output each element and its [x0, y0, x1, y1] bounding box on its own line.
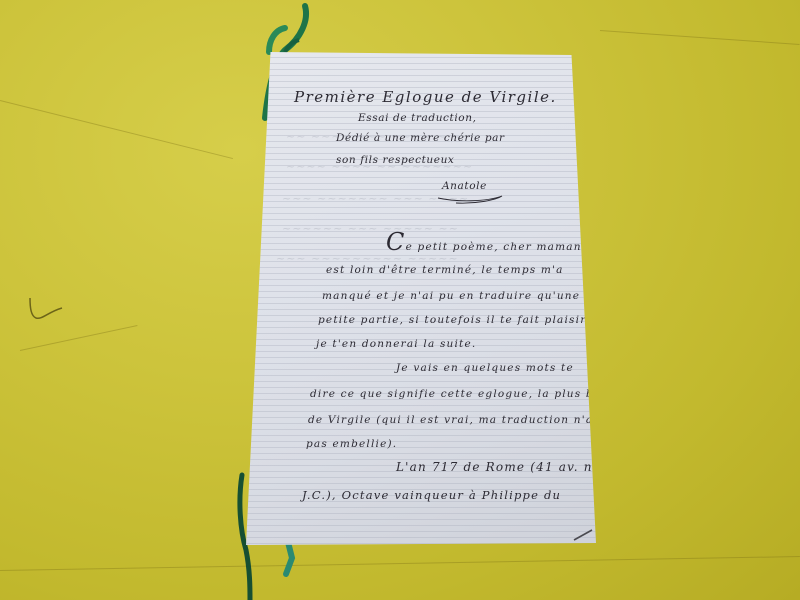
manuscript-title: Première Eglogue de Virgile. [294, 88, 557, 106]
dedication-line-1: Dédié à une mère chérie par [336, 132, 505, 144]
background-crease [600, 30, 800, 45]
background-crease [0, 100, 233, 159]
manuscript-subtitle: Essai de traduction, [358, 112, 477, 124]
paragraph-3-line-1: L'an 717 de Rome (41 av. n. [396, 460, 598, 474]
paragraph-1-line-4: petite partie, si toutefois il te fait p… [318, 314, 586, 326]
signature: Anatole [442, 180, 487, 192]
paragraph-2-line-1: Je vais en quelques mots te [396, 362, 574, 374]
signature-flourish [436, 192, 506, 204]
folded-corner [572, 526, 596, 542]
paragraph-2-line-4: pas embellie). [306, 438, 397, 450]
manuscript-sheet: ~~ ~~~~ ~~~ ~~~~ ~ ~~ ~~~~ ~~~~ ~~ ~~~~~… [246, 52, 596, 545]
drop-cap: C [386, 228, 406, 256]
paragraph-2-line-2: dire ce que signifie cette eglogue, la p… [310, 388, 618, 400]
paragraph-1-line-3: manqué et je n'ai pu en traduire qu'une [322, 290, 580, 302]
background-crease [20, 325, 138, 351]
paragraph-1-line-5: je t'en donnerai la suite. [316, 338, 476, 350]
stray-thread [26, 296, 66, 326]
paragraph-2-line-3: de Virgile (qui il est vrai, ma traducti… [308, 414, 593, 426]
background-crease [0, 556, 800, 571]
paragraph-3-line-2: J.C.), Octave vainqueur à Philippe du [302, 488, 561, 502]
paragraph-1-line-1: Ce petit poème, cher maman, [386, 228, 586, 256]
paragraph-1-line-2: est loin d'être terminé, le temps m'a [326, 264, 564, 276]
dedication-line-2: son fils respectueux [336, 154, 454, 166]
